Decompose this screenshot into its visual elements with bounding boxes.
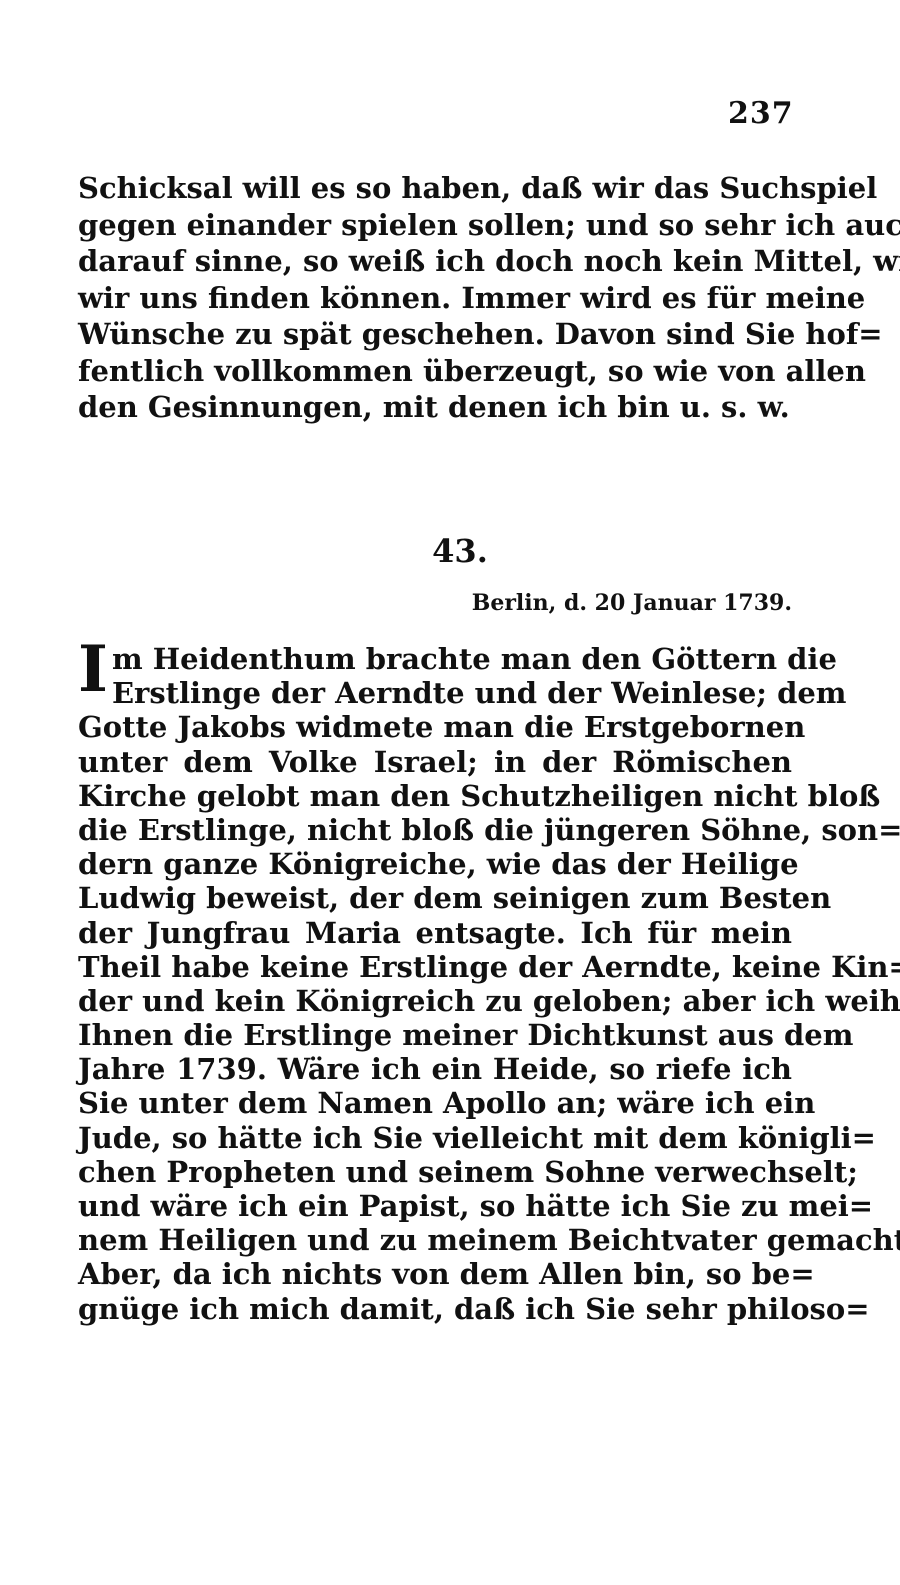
text-line: fentlich vollkommen überzeugt, so wie vo… — [78, 353, 792, 390]
text-line: wir uns finden können. Immer wird es für… — [78, 280, 792, 317]
text-line: nem Heiligen und zu meinem Beichtvater g… — [78, 1223, 792, 1257]
text-line: Sie unter dem Namen Apollo an; wäre ich … — [78, 1086, 792, 1120]
text-line: der Jungfrau Maria entsagte. Ich für mei… — [78, 916, 792, 950]
book-page: 237 Schicksal will es so haben, daß wir … — [0, 0, 900, 1585]
text-line: Schicksal will es so haben, daß wir das … — [78, 170, 792, 207]
text-line: chen Propheten und seinem Sohne verwechs… — [78, 1155, 792, 1189]
page-number: 237 — [728, 96, 788, 131]
text-line: Kirche gelobt man den Schutzheiligen nic… — [78, 779, 792, 813]
text-line: Aber, da ich nichts von dem Allen bin, s… — [78, 1257, 792, 1291]
text-line: darauf sinne, so weiß ich doch noch kein… — [78, 243, 792, 280]
text-line: Theil habe keine Erstlinge der Aerndte, … — [78, 950, 792, 984]
text-line: und wäre ich ein Papist, so hätte ich Si… — [78, 1189, 792, 1223]
text-line: den Gesinnungen, mit denen ich bin u. s.… — [78, 389, 792, 426]
text-line: unter dem Volke Israel; in der Römischen — [78, 745, 792, 779]
text-line: Wünsche zu spät geschehen. Davon sind Si… — [78, 316, 792, 353]
text-line: die Erstlinge, nicht bloß die jüngeren S… — [78, 813, 792, 847]
text-line: Jahre 1739. Wäre ich ein Heide, so riefe… — [78, 1052, 792, 1086]
text-line: gegen einander spielen sollen; und so se… — [78, 207, 792, 244]
letter-body: I m Heidenthum brachte man den Göttern d… — [78, 642, 792, 1326]
text-line: der und kein Königreich zu geloben; aber… — [78, 984, 792, 1018]
text-line: Gotte Jakobs widmete man die Erstgeborne… — [78, 710, 792, 744]
letter-dateline: Berlin, d. 20 Januar 1739. — [440, 590, 792, 616]
continued-letter-paragraph: Schicksal will es so haben, daß wir das … — [78, 170, 792, 426]
text-line: Ludwig beweist, der dem seinigen zum Bes… — [78, 881, 792, 915]
drop-cap: I — [78, 640, 108, 702]
text-line: gnüge ich mich damit, daß ich Sie sehr p… — [78, 1292, 792, 1326]
text-line: Jude, so hätte ich Sie vielleicht mit de… — [78, 1121, 792, 1155]
letter-number-heading: 43. — [0, 532, 900, 570]
text-line: dern ganze Königreiche, wie das der Heil… — [78, 847, 792, 881]
text-line: Ihnen die Erstlinge meiner Dichtkunst au… — [78, 1018, 792, 1052]
text-line: m Heidenthum brachte man den Göttern die — [78, 642, 792, 676]
text-line: Erstlinge der Aerndte und der Weinlese; … — [78, 676, 792, 710]
